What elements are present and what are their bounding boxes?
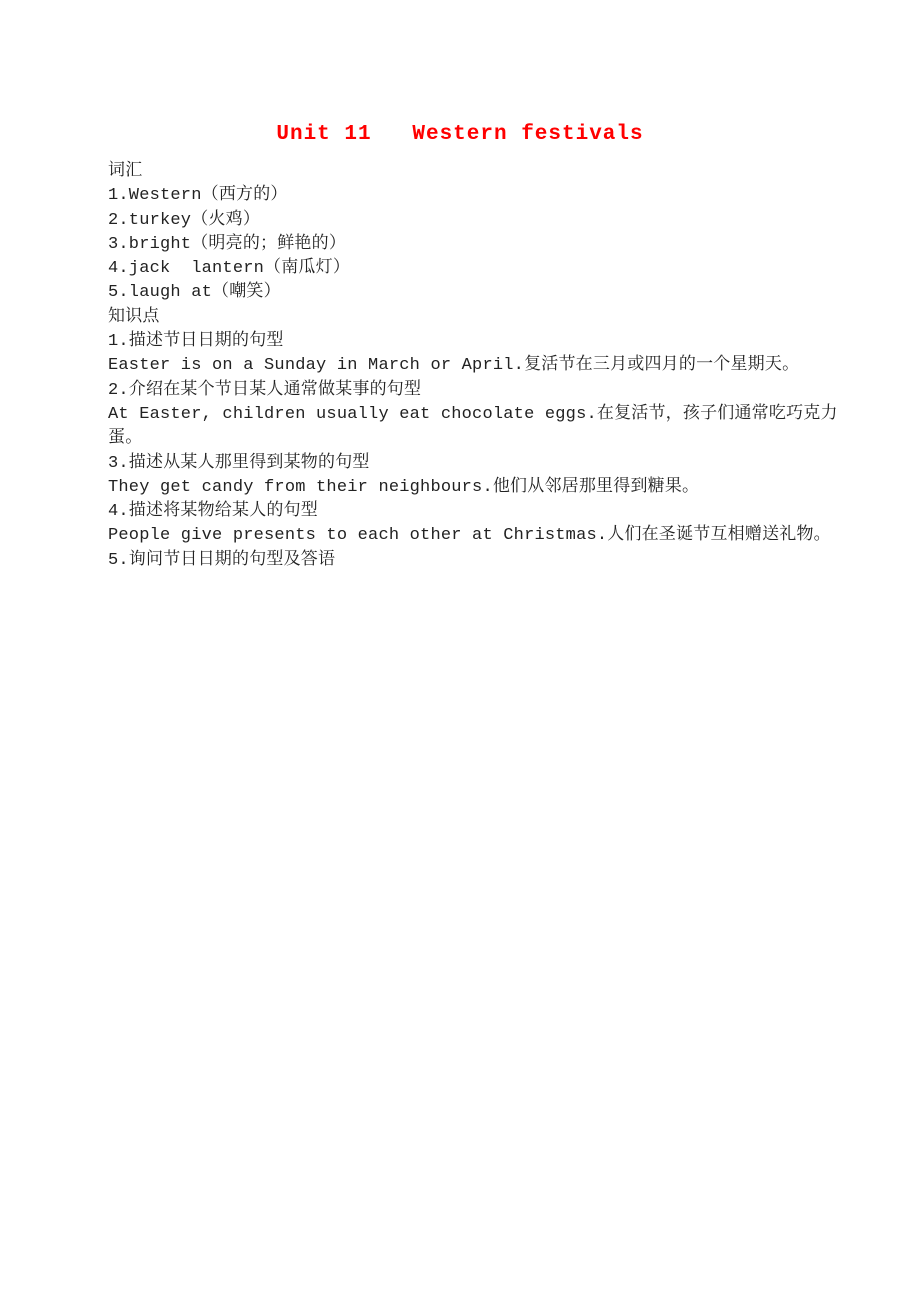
vocabulary-item: 4.jack lantern（南瓜灯） — [108, 257, 860, 281]
knowledge-point-label: 4.描述将某物给某人的句型 — [108, 500, 860, 524]
vocabulary-heading: 词汇 — [108, 160, 860, 184]
knowledge-point-label: 1.描述节日日期的句型 — [108, 330, 860, 354]
page-title: Unit 11 Western festivals — [0, 0, 920, 148]
knowledge-point-sentence: Easter is on a Sunday in March or April.… — [108, 354, 860, 378]
knowledge-points-heading: 知识点 — [108, 306, 860, 330]
knowledge-point-sentence: At Easter, children usually eat chocolat… — [108, 403, 860, 452]
knowledge-point-label: 3.描述从某人那里得到某物的句型 — [108, 452, 860, 476]
document-body: 词汇 1.Western（西方的） 2.turkey（火鸡） 3.bright（… — [108, 160, 860, 573]
vocabulary-item: 1.Western（西方的） — [108, 184, 860, 208]
knowledge-point-sentence: They get candy from their neighbours.他们从… — [108, 476, 860, 500]
knowledge-point-label: 2.介绍在某个节日某人通常做某事的句型 — [108, 379, 860, 403]
vocabulary-item: 3.bright（明亮的；鲜艳的） — [108, 233, 860, 257]
vocabulary-item: 2.turkey（火鸡） — [108, 209, 860, 233]
knowledge-point-sentence: People give presents to each other at Ch… — [108, 524, 860, 548]
knowledge-point-label: 5.询问节日日期的句型及答语 — [108, 549, 860, 573]
vocabulary-item: 5.laugh at（嘲笑） — [108, 281, 860, 305]
document-page: Unit 11 Western festivals 词汇 1.Western（西… — [0, 0, 920, 1302]
